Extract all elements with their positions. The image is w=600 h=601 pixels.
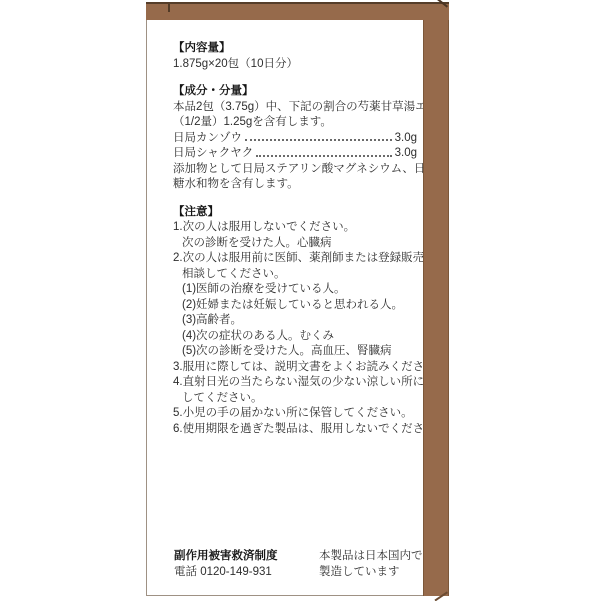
relief-system-title: 副作用被害救済制度	[174, 548, 319, 564]
caution-line: (4)次の症状のある人。むくみ	[173, 329, 417, 345]
relief-system-phone: 電話 0120-149-931	[174, 564, 319, 580]
caution-line: (1)医師の治療を受けている人。	[173, 282, 417, 298]
section-ingredients: 【成分・分量】 本品2包（3.75g）中、下記の割合の芍薬甘草湯エキス （1/2…	[173, 84, 417, 193]
relief-system-block: 副作用被害救済制度 電話 0120-149-931	[174, 548, 319, 580]
contents-heading: 【内容量】	[173, 41, 417, 57]
caution-line: 6.使用期限を過ぎた製品は、服用しないでください。	[173, 422, 417, 438]
ingredient-name: 日局カンゾウ	[173, 131, 242, 147]
dot-leader	[245, 139, 392, 141]
caution-line: 5.小児の手の届かない所に保管してください。	[173, 406, 417, 422]
ingredient-row: 日局シャクヤク 3.0g	[173, 146, 417, 162]
made-in-japan-block: 本製品は日本国内で 製造しています	[319, 548, 423, 580]
caution-line: (3)高齢者。	[173, 313, 417, 329]
medicine-box-back-panel: 【内容量】 1.875g×20包（10日分） 【成分・分量】 本品2包（3.75…	[146, 2, 449, 596]
ingredient-amount: 3.0g	[395, 146, 417, 162]
additives-line: 添加物として日局ステアリン酸マグネシウム、日局乳	[173, 162, 417, 178]
ingredient-name: 日局シャクヤク	[173, 146, 253, 162]
ingredient-amount: 3.0g	[395, 131, 417, 147]
caution-line: 次の診断を受けた人。心臓病	[173, 236, 417, 252]
ingredients-intro-line: （1/2量）1.25gを含有します。	[173, 115, 417, 131]
caution-line: してください。	[173, 391, 417, 407]
additives-line: 糖水和物を含有します。	[173, 177, 417, 193]
made-in-japan-line1: 本製品は日本国内で	[319, 548, 423, 564]
caution-line: 1.次の人は服用しないでください。	[173, 220, 417, 236]
section-contents: 【内容量】 1.875g×20包（10日分）	[173, 41, 417, 72]
label-content: 【内容量】 1.875g×20包（10日分） 【成分・分量】 本品2包（3.75…	[147, 20, 423, 595]
caution-line: (5)次の診断を受けた人。高血圧、腎臓病	[173, 344, 417, 360]
dot-leader	[256, 155, 391, 157]
cautions-heading: 【注意】	[173, 205, 417, 221]
box-top-flap	[146, 2, 449, 20]
caution-line: 3.服用に際しては、説明文書をよくお読みください。	[173, 360, 417, 376]
caution-line: (2)妊婦または妊娠していると思われる人。	[173, 298, 417, 314]
box-side-panel	[423, 2, 449, 596]
caution-line: 相談してください。	[173, 267, 417, 283]
section-cautions: 【注意】 1.次の人は服用しないでください。 次の診断を受けた人。心臓病 2.次…	[173, 205, 417, 438]
caution-line: 2.次の人は服用前に医師、薬剤師または登録販売者に	[173, 251, 417, 267]
label-footer: 副作用被害救済制度 電話 0120-149-931 本製品は日本国内で 製造して…	[174, 548, 423, 580]
ingredient-row: 日局カンゾウ 3.0g	[173, 131, 417, 147]
ingredients-intro-line: 本品2包（3.75g）中、下記の割合の芍薬甘草湯エキス	[173, 100, 417, 116]
contents-amount: 1.875g×20包（10日分）	[173, 57, 417, 73]
made-in-japan-line2: 製造しています	[319, 564, 423, 580]
ingredients-heading: 【成分・分量】	[173, 84, 417, 100]
caution-line: 4.直射日光の当たらない湿気の少ない涼しい所に保管	[173, 375, 417, 391]
fold-mark	[168, 4, 170, 12]
